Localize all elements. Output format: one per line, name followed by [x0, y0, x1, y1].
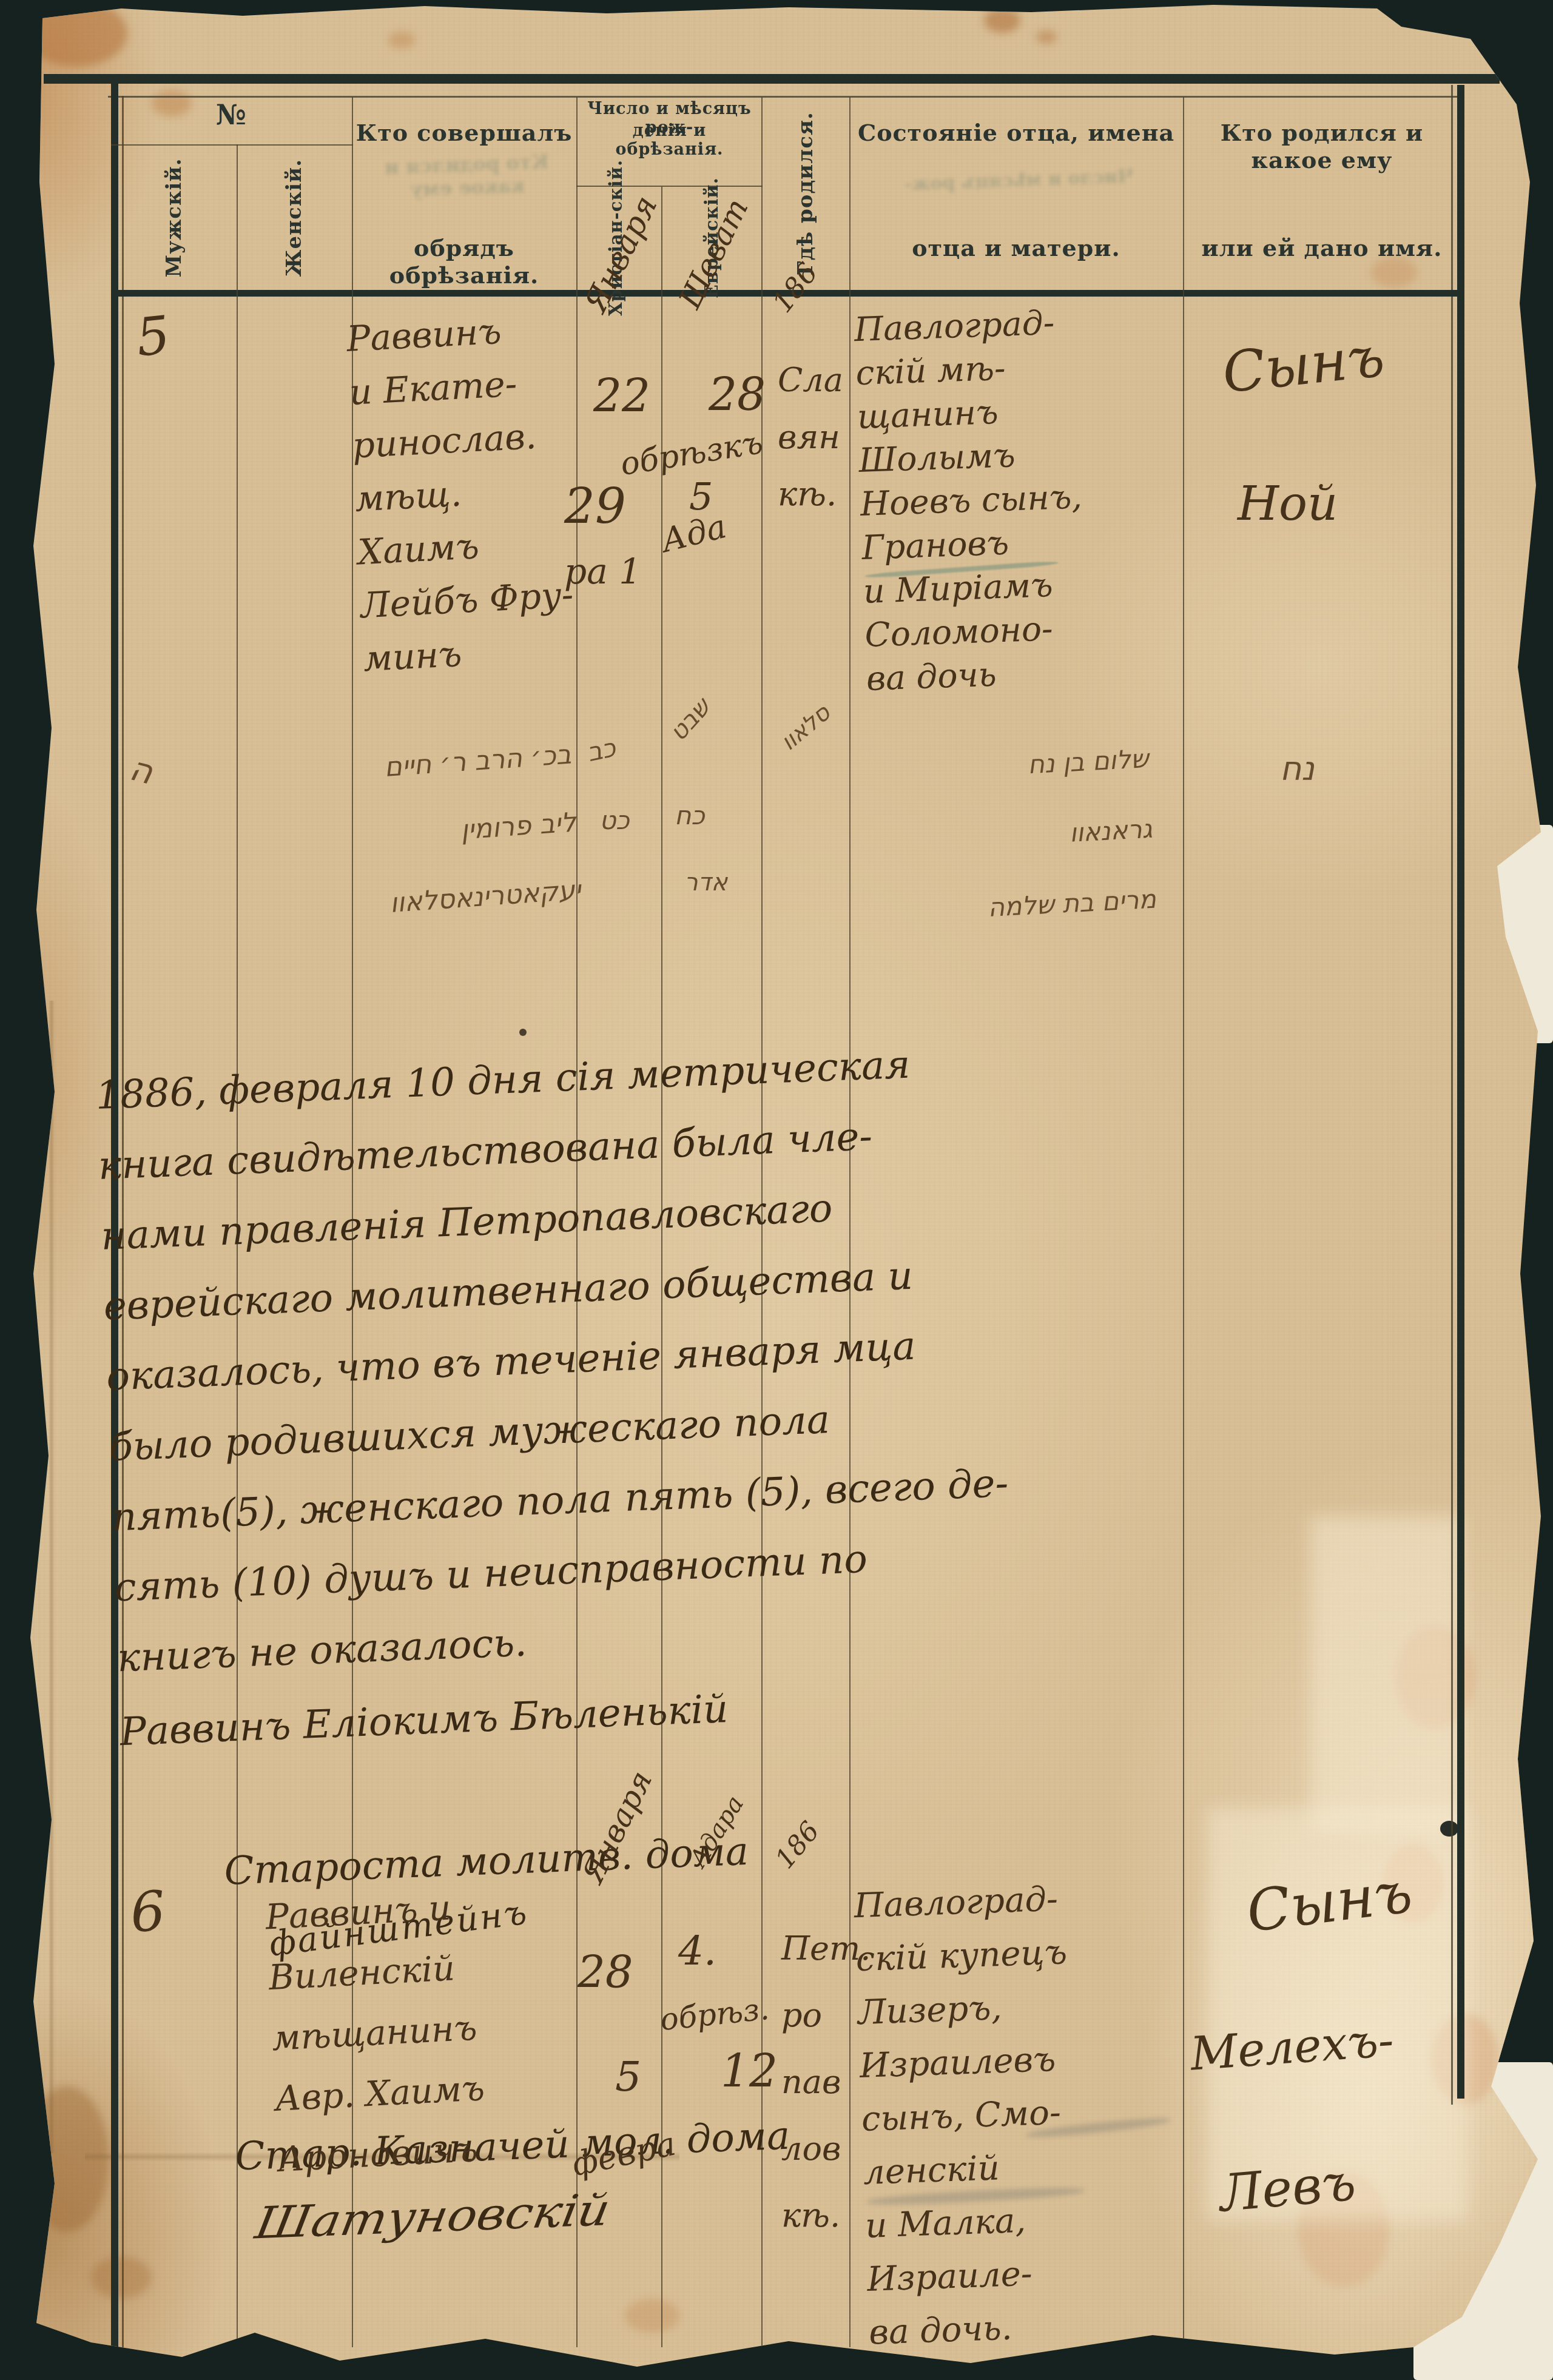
- entry6-child-name-line2: Левъ: [1217, 2152, 1358, 2223]
- stain: [1371, 257, 1417, 287]
- ink-bleed-ghost: Кто родился и какое ему: [363, 149, 571, 203]
- stain: [1036, 30, 1057, 44]
- entry5-jewish-month2: Ада: [658, 507, 730, 560]
- hebrew-date-fragment: כט: [599, 805, 629, 835]
- entry5-number: 5: [133, 304, 173, 368]
- entry5-father-mother: Павлоград- скій мѣ- щанинъ Шолымъ Ноевъ …: [854, 297, 1182, 701]
- entry6-father-mother: Павлоград- скій купецъ Лизеръ, Израилевъ…: [853, 1869, 1185, 2360]
- number-box-divider: [111, 144, 353, 146]
- header-officiant-line2: обрядъ обрѣзанія.: [352, 234, 576, 289]
- hebrew-father-mother: שלום בן נח גראנאוו מרים בת שלמה: [862, 724, 1158, 949]
- entry5-jewish-birth-day: 28: [709, 369, 766, 421]
- table-top-inner-line: [108, 96, 1462, 98]
- header-number: №: [111, 98, 352, 131]
- entry6-christian-birth-day: 28: [578, 1947, 633, 1998]
- header-officiant-line1: Кто совершалъ: [352, 119, 576, 146]
- entry6-number: 6: [128, 1879, 167, 1945]
- entry5-child-sex: Сынъ: [1219, 324, 1387, 405]
- header-birthplace-vertical: Гдѣ родился.: [792, 103, 820, 284]
- header-christian-line2: скій.: [605, 160, 627, 212]
- entry6-christian-circumcision-day: 5: [615, 2053, 641, 2101]
- header-name-line2: или ей дано имя.: [1183, 234, 1461, 261]
- hebrew-birthplace: סלאוו: [775, 699, 835, 756]
- entry6-jewish-circumcision-day: 12: [721, 2045, 778, 2097]
- entry5-christian-birth-day: 22: [593, 370, 650, 422]
- entry5-christian-circumcision-day: 29: [564, 478, 626, 534]
- entry5-child-name: Ной: [1238, 477, 1338, 531]
- stain: [984, 8, 1020, 33]
- edge-crease: [49, 1001, 55, 2153]
- hebrew-row-number: ה: [126, 749, 157, 793]
- header-dates-line2: денія и обрѣзанія.: [576, 121, 763, 159]
- table-top-border: [44, 74, 1500, 84]
- metrical-book-page: № Мужскій. Женскій. Кто совершалъ обрядъ…: [0, 0, 1553, 2380]
- entry6-jewish-birth-day: 4.: [678, 1928, 716, 1974]
- ink-spot: [519, 1029, 527, 1036]
- stain: [24, 0, 127, 67]
- hebrew-officiant: בכ׳ הרב ר׳ חיים ליב פרומין יעקאטרינאסלאו…: [278, 721, 583, 945]
- hebrew-date-fragment: כח: [675, 801, 705, 830]
- entry6-officiant: Раввинъ и Виленскій мѣщанинъ Авр. Хаимъ …: [264, 1874, 541, 2190]
- hebrew-date-fragment: כב: [584, 733, 618, 768]
- header-father-line1: Состояніе отца, имена: [849, 119, 1183, 146]
- entry5-officiant: Раввинъ и Екате- ринослав. мѣщ. Хаимъ Ле…: [345, 301, 589, 686]
- header-father-line2: отца и матери.: [849, 234, 1183, 261]
- header-female-vertical: Женскій.: [281, 145, 307, 291]
- aged-paper-sheet: № Мужскій. Женскій. Кто совершалъ обрядъ…: [0, 0, 1553, 2380]
- hebrew-date-fragment: שבט: [664, 693, 716, 746]
- stain: [388, 32, 415, 49]
- header-male-vertical: Мужскій.: [161, 145, 187, 291]
- hebrew-date-fragment: אדר: [684, 869, 727, 896]
- ink-bleed-ghost: Число и мѣсяцъ рож-: [886, 165, 1153, 195]
- header-name-line1: Кто родился и какое ему: [1183, 119, 1461, 173]
- entry5-birthplace: Сла вян кѣ.: [778, 352, 843, 523]
- hebrew-child-name: נח: [1280, 750, 1315, 788]
- entry5-jewish-month2b: ра 1: [564, 551, 641, 592]
